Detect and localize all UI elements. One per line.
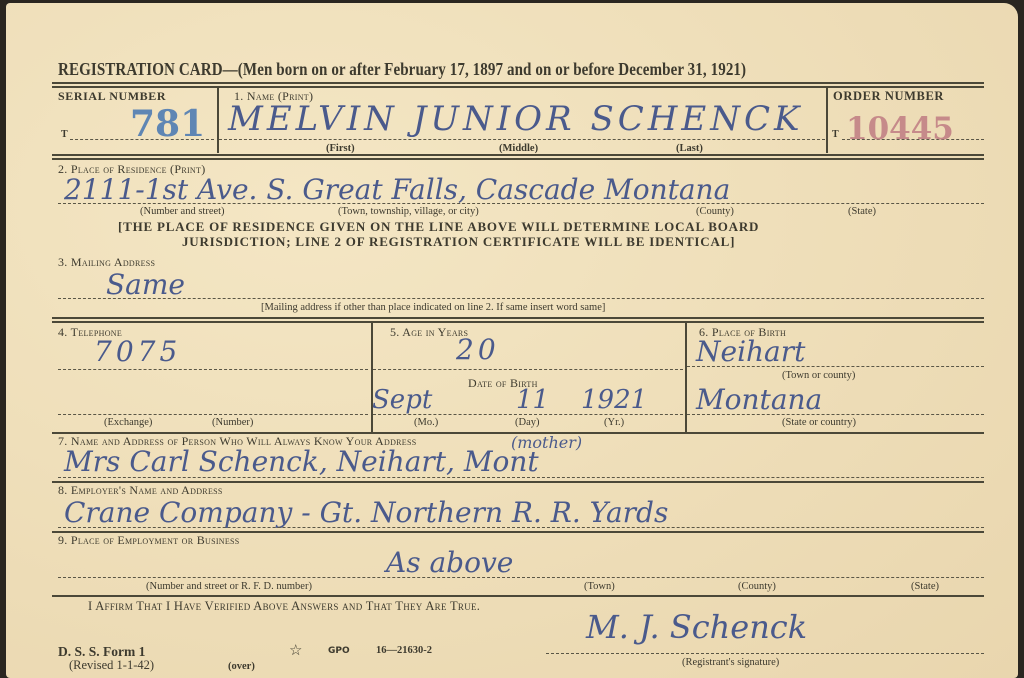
order-prefix: T	[832, 129, 839, 140]
employment-state-caption: (State)	[911, 581, 939, 592]
divider	[826, 88, 828, 153]
street-caption: (Number and street)	[140, 206, 225, 217]
signature-caption: (Registrant's signature)	[682, 657, 779, 668]
county-caption: (County)	[696, 206, 734, 217]
last-caption: (Last)	[676, 143, 703, 154]
contact-line	[58, 477, 984, 478]
first-caption: (First)	[326, 143, 355, 154]
residence-notice-line2: JURISDICTION; LINE 2 OF REGISTRATION CER…	[182, 234, 735, 250]
name-value: MELVIN JUNIOR SCHENCK	[228, 99, 803, 139]
middle-caption: (Middle)	[499, 143, 538, 154]
employment-label: 9. Place of Employment or Business	[58, 533, 240, 548]
employer-value: Crane Company - Gt. Northern R. R. Yards	[64, 496, 668, 529]
over-note: (over)	[228, 661, 255, 672]
employment-value: As above	[386, 546, 513, 579]
birthplace-state: Montana	[696, 383, 822, 416]
birthplace-town: Neihart	[696, 335, 805, 368]
rule	[52, 321, 984, 323]
rule	[52, 86, 984, 88]
state-country-caption: (State or country)	[782, 417, 856, 428]
signature-line	[546, 653, 984, 654]
birthplace-state-line	[687, 414, 984, 415]
print-code: 16—21630-2	[376, 645, 432, 656]
yr-caption: (Yr.)	[604, 417, 624, 428]
state-caption: (State)	[848, 206, 876, 217]
card-title: REGISTRATION CARD—(Men born on or after …	[58, 59, 746, 80]
age-value: 20	[456, 333, 500, 366]
registrant-signature: M. J. Schenck	[586, 608, 807, 646]
mailing-caption: [Mailing address if other than place ind…	[261, 302, 605, 313]
serial-number-value: 781	[130, 103, 205, 145]
telephone-line	[58, 369, 368, 370]
rule	[52, 82, 984, 84]
star-icon: ☆	[289, 641, 302, 660]
rule	[52, 317, 984, 319]
affirmation-text: I Affirm That I Have Verified Above Answ…	[88, 599, 480, 614]
order-number-label: ORDER NUMBER	[833, 89, 944, 104]
number-caption: (Number)	[212, 417, 253, 428]
age-line	[373, 369, 683, 370]
rule	[52, 154, 984, 156]
rule	[52, 595, 984, 597]
divider	[217, 88, 219, 153]
dob-line	[373, 414, 683, 415]
dob-day: 11	[516, 385, 549, 415]
registration-card: REGISTRATION CARD—(Men born on or after …	[6, 3, 1018, 678]
divider	[685, 322, 687, 432]
mailing-line	[58, 298, 984, 299]
employment-county-caption: (County)	[738, 581, 776, 592]
day-caption: (Day)	[515, 417, 540, 428]
exchange-line	[58, 414, 368, 415]
mo-caption: (Mo.)	[414, 417, 438, 428]
serial-prefix: T	[61, 129, 68, 140]
dob-month: Sept	[372, 385, 432, 415]
town-county-caption: (Town or county)	[782, 370, 855, 381]
employer-line	[58, 527, 984, 528]
residence-value: 2111-1st Ave. S. Great Falls, Cascade Mo…	[64, 173, 730, 206]
birthplace-town-line	[687, 366, 984, 367]
gpo-mark: GPO	[328, 646, 350, 656]
form-revised: (Revised 1-1-42)	[69, 658, 154, 673]
divider	[371, 322, 373, 432]
serial-number-label: SERIAL NUMBER	[58, 89, 166, 104]
telephone-value: 7075	[94, 335, 181, 368]
contact-value: Mrs Carl Schenck, Neihart, Mont	[64, 445, 539, 478]
order-number-value: 10445	[846, 111, 954, 147]
town-caption: (Town, township, village, or city)	[338, 206, 479, 217]
residence-notice-line1: [THE PLACE OF RESIDENCE GIVEN ON THE LIN…	[118, 219, 759, 235]
employment-town-caption: (Town)	[584, 581, 615, 592]
rfd-caption: (Number and street or R. F. D. number)	[146, 581, 312, 592]
residence-line	[58, 203, 984, 204]
name-line	[219, 139, 825, 140]
rule	[52, 158, 984, 160]
dob-year: 1921	[581, 385, 647, 415]
mailing-value: Same	[106, 268, 185, 301]
exchange-caption: (Exchange)	[104, 417, 152, 428]
employment-line	[58, 577, 984, 578]
